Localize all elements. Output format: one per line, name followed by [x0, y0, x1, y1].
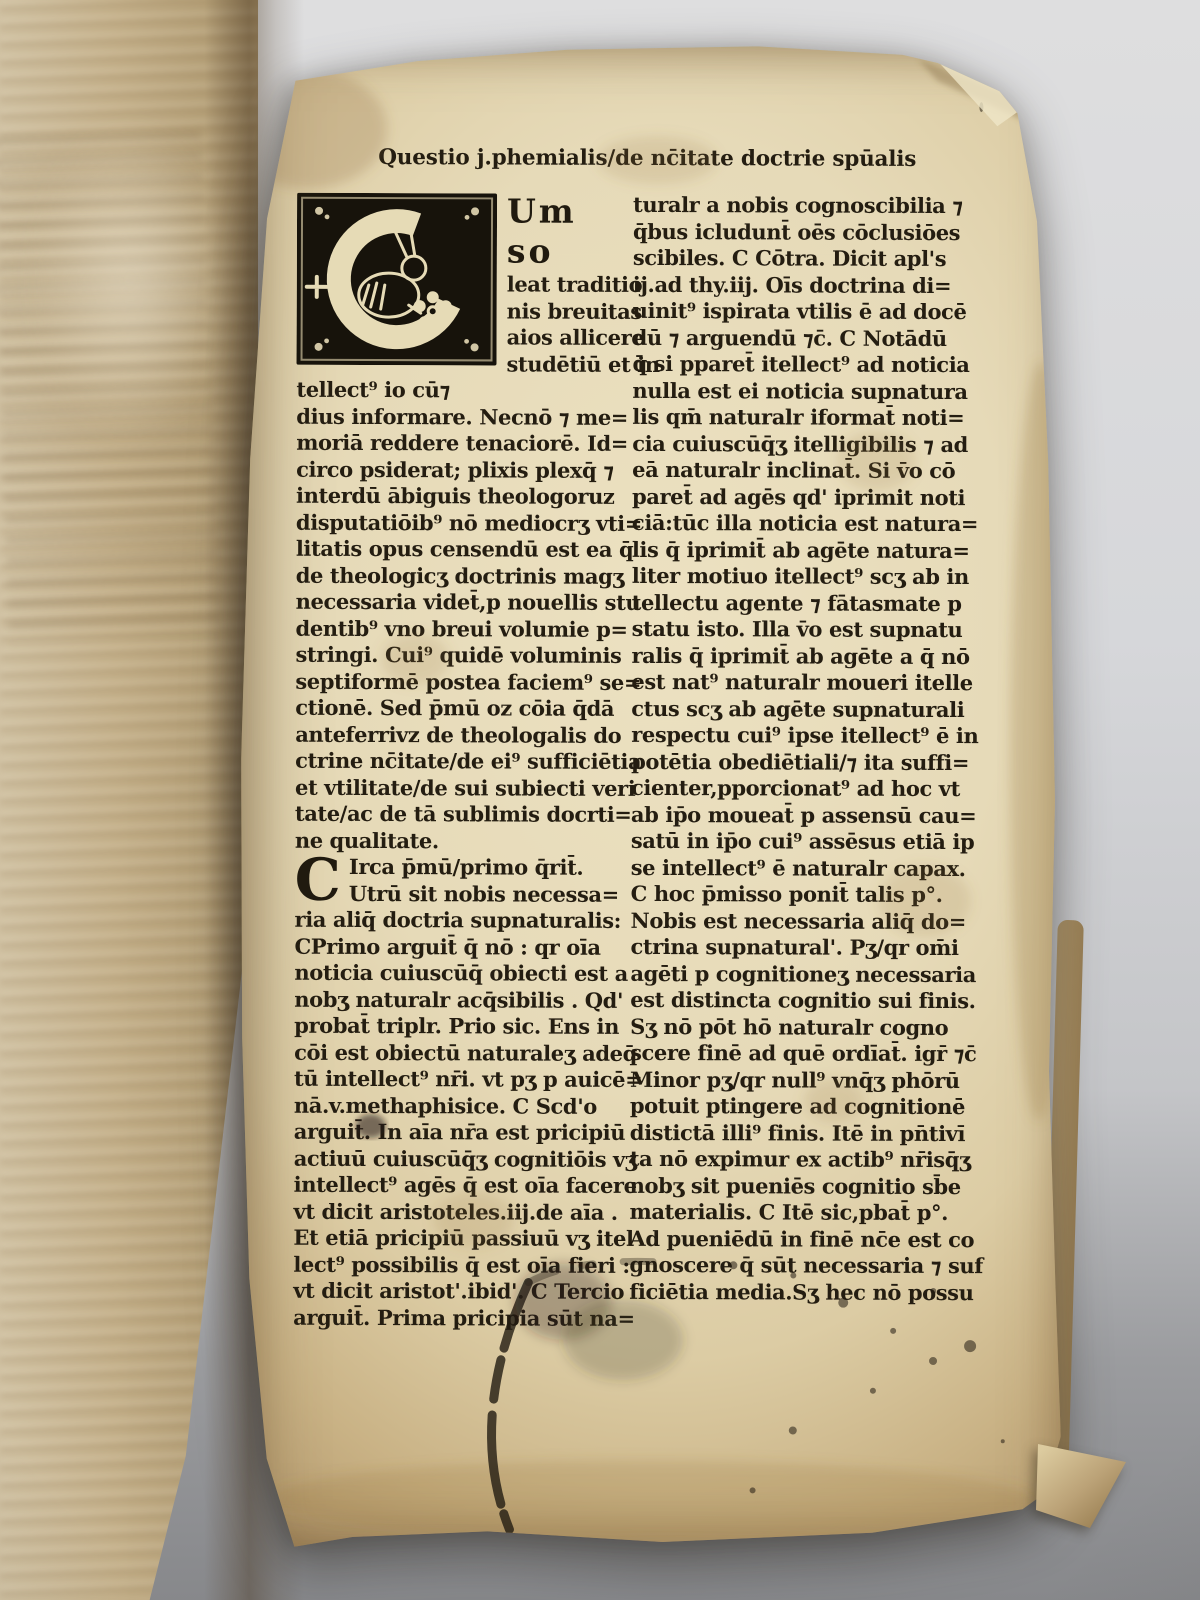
text-line: se intellect⁹ ē naturalr capax. [631, 854, 979, 882]
paragraph-initial-C: C [295, 854, 349, 904]
text-line: litatis opus censendū est ea q̄ [296, 536, 634, 564]
text-line: lis qm̄ naturalr iformat̄ noti= [632, 404, 980, 432]
text-line: nobʒ sit pueniēs cognitio sb̄e [630, 1172, 978, 1200]
text-line: nobʒ naturalr acq̄sibilis . Qd' [294, 986, 632, 1014]
woodcut-initial-C [297, 193, 498, 366]
text-line: cia cuiuscūq̄ʒ itelligibilis ⁊ ad [632, 430, 980, 458]
text-line: Minor pʒ/qr null⁹ vnq̄ʒ phōrū [630, 1066, 978, 1094]
text-line: materialis. C Itē sic,pbat̄ p°. [630, 1199, 978, 1227]
text-line: stringi. Cui⁹ quidē voluminis [295, 642, 633, 670]
page-highlight [30, 120, 230, 440]
text-line: ta nō expimur ex actib⁹ nr̄isq̄ʒ [630, 1146, 978, 1174]
text-line: disputatiōib⁹ nō mediocrʒ vti= [296, 509, 634, 537]
text-line: agēti p cognitioneʒ necessaria [630, 960, 978, 988]
text-line: ctus scʒ ab agēte supnaturali [631, 695, 979, 723]
text-line: nulla est ei noticia supnatura [632, 377, 980, 405]
lines-full-width: dius informare. Necnō ⁊ me=moriā reddere… [295, 403, 635, 855]
text-line: respectu cui⁹ ipse itellect⁹ ē in [631, 722, 979, 750]
corner-fold-wrap [1030, 1432, 1130, 1532]
text-line: ralis q̄ iprimit̄ ab agēte a q̄ nō [631, 642, 979, 670]
text-line: q̄bus icludunt̄ oēs cōclusiōes [633, 218, 981, 246]
text-line: ctrine nc̄itate/de ei⁹ sufficiētia [295, 748, 633, 776]
second-paragraph: C Irca p̄mū/primo q̄rit̄.Utrū sit nobis … [293, 854, 633, 1332]
text-line: gnoscere q̄ sūt necessaria ⁊ suf [629, 1252, 977, 1280]
text-line: ctionē. Sed p̄mū oz cōia q̄dā [295, 695, 633, 723]
text-line: turalr a nobis cognoscibilia ⁊ [633, 192, 981, 220]
text-line: circo psiderat; plixis plexq̄ ⁊ [296, 456, 634, 484]
text-line: ciā:tūc illa noticia est natura= [632, 510, 980, 538]
text-line: dentib⁹ vno breui volumie p= [296, 615, 634, 643]
text-line: tellectu agente ⁊ fātasmate p [632, 589, 980, 617]
text-line: arguit̄. Prima pricipia sūt na= [293, 1304, 631, 1332]
book-page-wrap: Questio j.phemialis/de nc̄itate doctrie … [235, 40, 1070, 1555]
text-line: distictā illi⁹ finis. Itē in pn̄tivī [630, 1119, 978, 1147]
text-line: actiuū cuiuscūq̄ʒ cognitiōis vʒ [294, 1145, 632, 1173]
decorated-initial-woodcut [297, 193, 498, 366]
text-line: intellect⁹ agēs q̄ est oīa facere [294, 1172, 632, 1200]
text-line: Nobis est necessaria aliq̄ do= [631, 907, 979, 935]
running-title: Questio j.phemialis/de nc̄itate doctrie … [377, 145, 917, 172]
text-line: paret̄ ad agēs qd' iprimit noti [632, 483, 980, 511]
text-line: et vtilitate/de sui subiecti veri [295, 774, 633, 802]
text-line: scibiles. C Cōtra. Dicit apl's [633, 245, 981, 273]
text-line: dū ⁊ arguendū ⁊c̄. C Notādū [633, 324, 981, 352]
text-line: moriā reddere tenaciorē. Id= [296, 430, 634, 458]
text-line: noticia cuiuscūq̄ obiecti est a [294, 960, 632, 988]
text-line: scere finē ad quē ordīat̄. igr̄ ⁊c̄ [630, 1040, 978, 1068]
text-line: tū intellect⁹ nr̄i. vt pʒ p auicē= [294, 1066, 632, 1094]
right-column-lines: turalr a nobis cognoscibilia ⁊q̄bus iclu… [629, 192, 981, 1306]
text-line: ctrina supnatural'. Pʒ/qr om̄i [630, 934, 978, 962]
text-line: CPrimo arguit̄ q̄ nō : qr oīa [294, 933, 632, 961]
text-line: vt dicit aristot'.ibid'. C Tercio [293, 1278, 631, 1306]
text-line: ij.ad thy.iij. Oīs doctrina di= [633, 271, 981, 299]
text-line: potuit ptingere ad cognitionē [630, 1093, 978, 1121]
text-column-left: Um so leat traditionis breuitasaios alli… [293, 191, 635, 1332]
text-line: satū in ip̄o cui⁹ assēsus etiā ip [631, 828, 979, 856]
text-line: Sʒ nō pōt hō naturalr cogno [630, 1013, 978, 1041]
top-corner-curl [917, 59, 1032, 126]
text-line: est distincta cognitio sui finis. [630, 987, 978, 1015]
text-line: ab ip̄o moueat̄ p assensū cau= [631, 801, 979, 829]
text-line: Ad pueniēdū in finē nc̄e est co [629, 1225, 977, 1253]
paragraph2-lines: Irca p̄mū/primo q̄rit̄.Utrū sit nobis ne… [293, 854, 633, 1332]
text-line: statu isto. Illa v̄o est supnatu [632, 616, 980, 644]
text-line: tellect⁹ io cū⁊ [296, 377, 634, 405]
text-line: uinit⁹ ispirata vtilis ē ad docē [633, 298, 981, 326]
text-line: potētia obediētiali/⁊ ita suffi= [631, 748, 979, 776]
text-line: liter motiuo itellect⁹ scʒ ab in [632, 563, 980, 591]
text-line: eā naturalr inclinat̄. Si v̄o cō [632, 457, 980, 485]
text-line: tate/ac de tā sublimis docrti= [295, 801, 633, 829]
text-line: anteferrivz de theologalis do [295, 721, 633, 749]
text-column-right: turalr a nobis cognoscibilia ⁊q̄bus iclu… [629, 192, 981, 1306]
text-line: lis q̄ iprimit̄ ab agēte natura= [632, 536, 980, 564]
text-line: dius informare. Necnō ⁊ me= [296, 403, 634, 431]
facing-page-stack [0, 0, 258, 1600]
text-line: de theologicʒ doctrinis magʒ [296, 562, 634, 590]
text-line: nā.v.methaphisice. C Scd'o [294, 1092, 632, 1120]
text-line: ria aliq̄ doctria supnaturalis: [295, 907, 633, 935]
text-line: C hoc p̄misso ponit̄ talis p°. [631, 881, 979, 909]
text-line: cōi est obiectū naturaleʒ adeq̄ [294, 1039, 632, 1067]
text-line: Et etiā pricipiū passiuū vʒ itel [293, 1225, 631, 1253]
book-page: Questio j.phemialis/de nc̄itate doctrie … [232, 39, 1072, 1557]
text-line: probat̄ triplr. Prio sic. Ens in [294, 1013, 632, 1041]
wormhole [979, 102, 1061, 273]
text-line: necessaria videt̄,p nouellis stu [296, 589, 634, 617]
corner-fold [1030, 1432, 1130, 1532]
text-line: lect⁹ possibilis q̄ est oīa fieri : [293, 1251, 631, 1279]
text-line: vt dicit aristoteles.iij.de aīa . [294, 1198, 632, 1226]
text-line: q̄ si pparet̄ itellect⁹ ad noticia [632, 351, 980, 379]
text-line: cienter,pporcionat⁹ ad hoc vt [631, 775, 979, 803]
text-line: septiformē postea faciem⁹ se= [295, 668, 633, 696]
text-line: ficiētia media.Sʒ hec nō possu [629, 1278, 977, 1306]
text-line: interdū ābiguis theologoruz [296, 483, 634, 511]
text-line: arguit̄. In aīa nr̄a est pricipiū [294, 1119, 632, 1147]
text-line: est nat⁹ naturalr moueri itelle [631, 669, 979, 697]
text-line: ne qualitate. [295, 827, 633, 855]
